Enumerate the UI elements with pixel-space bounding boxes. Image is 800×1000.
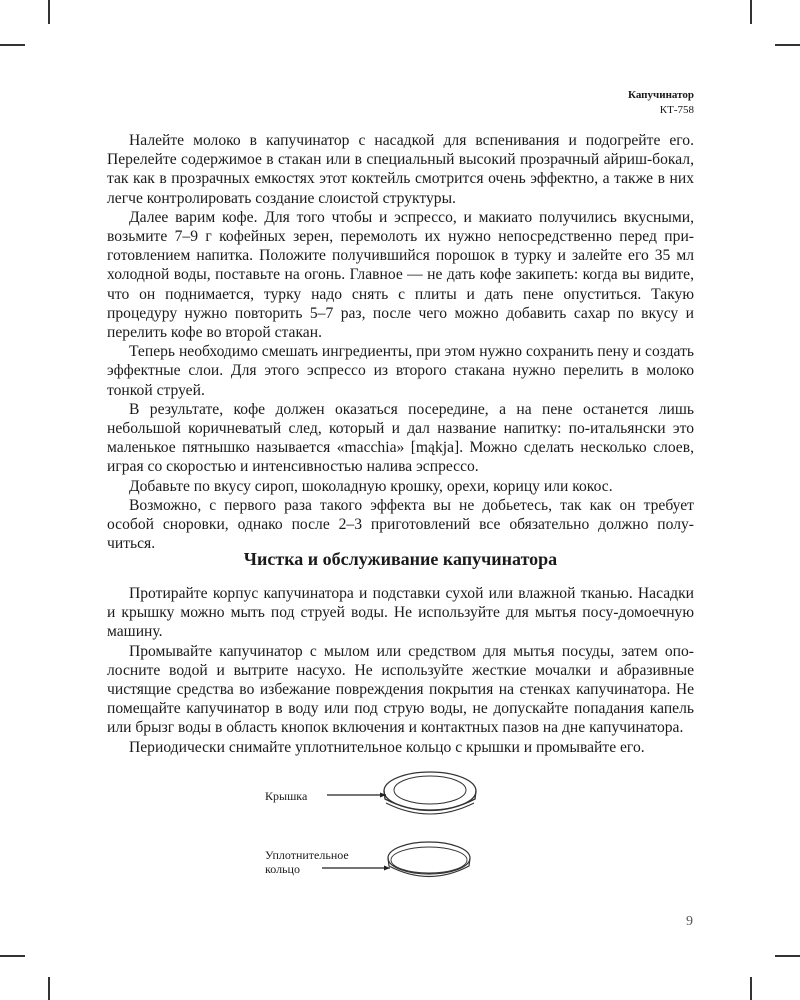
lid-label: Крышка	[265, 789, 307, 804]
seal-ring-illustration	[388, 842, 470, 877]
seal-label-line2: кольцо	[265, 862, 300, 877]
page-number: 9	[686, 914, 693, 930]
seal-label-line1: Уплотнительное	[265, 848, 349, 863]
lid-illustration	[384, 772, 476, 814]
lid-and-seal-diagram	[0, 0, 800, 1000]
